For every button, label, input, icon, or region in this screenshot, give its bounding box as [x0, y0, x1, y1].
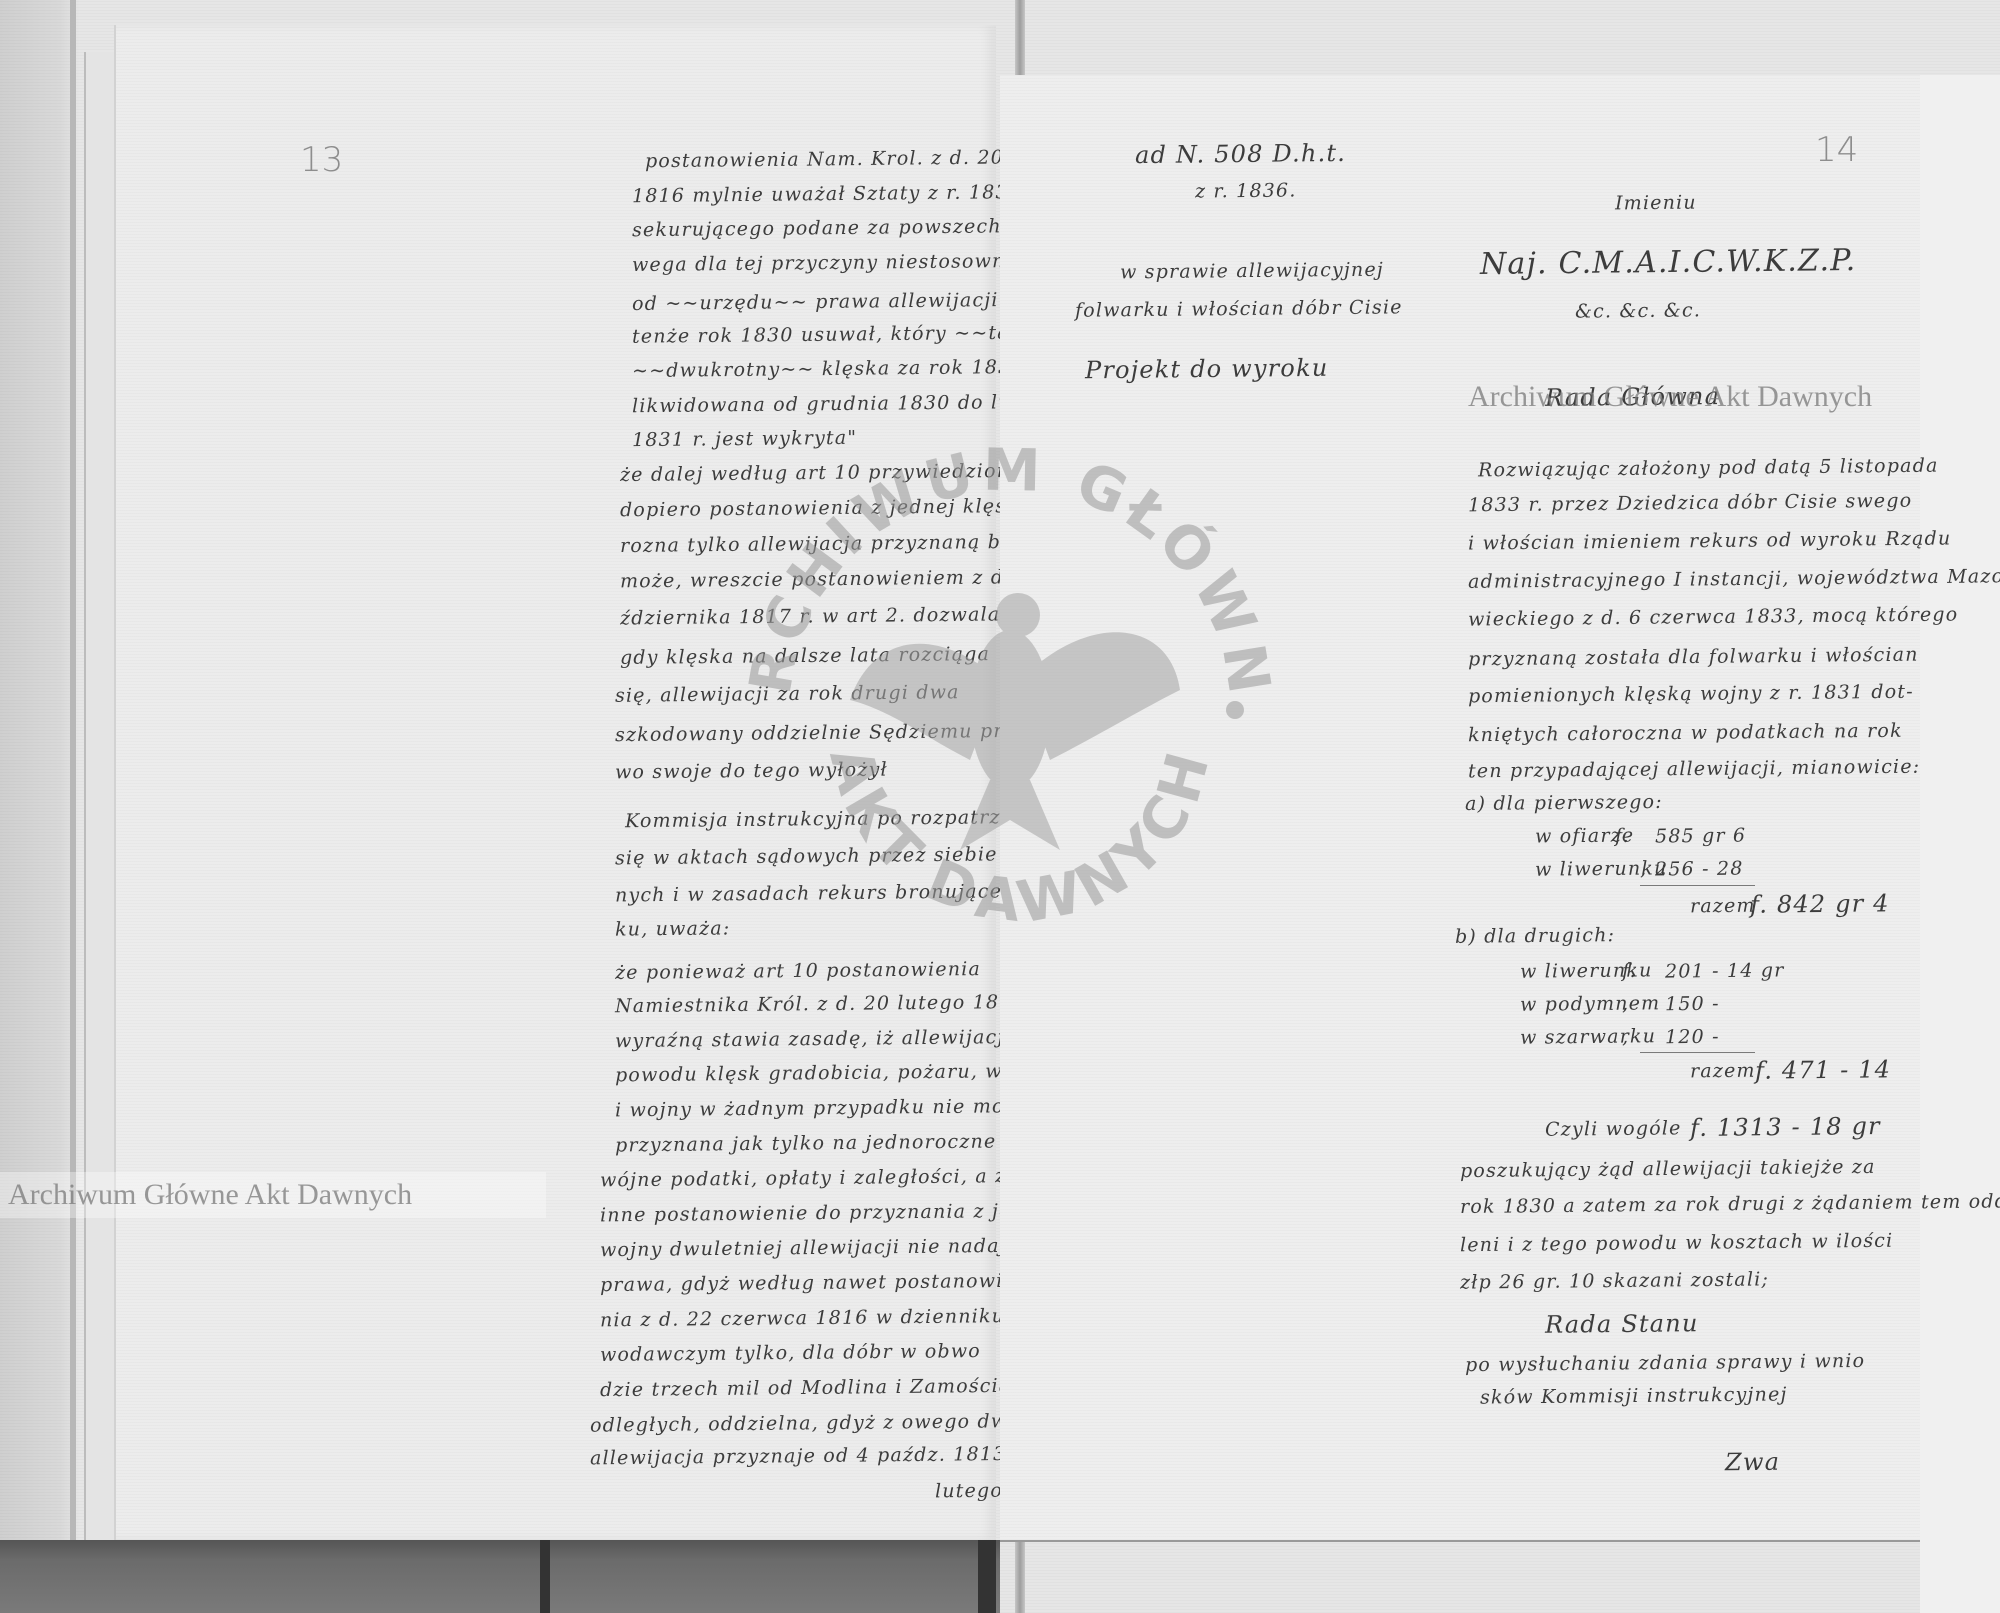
manuscript-line: dopiero postanowienia z jednej klęski je — [620, 495, 1053, 522]
manuscript-line: ku, uważa: — [615, 917, 731, 940]
sum-rule — [1640, 885, 1755, 886]
manuscript-line: przyznaną została dla folwarku i włościa… — [1468, 644, 1919, 671]
manuscript-line: złp 26 gr. 10 skazani zostali; — [1460, 1268, 1769, 1293]
scanner-bed — [0, 1540, 1000, 1613]
manuscript-line: wojny dwuletniej allewijacji nie nadaje — [600, 1235, 1019, 1261]
ledger-amount: 150 - — [1665, 993, 1720, 1016]
manuscript-line: likwidowana od grudnia 1830 do lutego — [632, 391, 1059, 417]
manuscript-line: że ponieważ art 10 postanowienia — [615, 958, 981, 984]
invocation-line: Naj. C.M.A.I.C.W.K.Z.P. — [1480, 243, 1857, 282]
ledger-section-b: b) dla drugich: — [1455, 924, 1615, 948]
right-page — [1000, 75, 1922, 1542]
ledger-total-label: razem — [1690, 1060, 1756, 1083]
draft-label: Projekt do wyroku — [1085, 354, 1329, 385]
archive-watermark-banner: Archiwum Główne Akt Dawnych — [0, 1172, 546, 1218]
manuscript-line: nia z d. 22 czerwca 1816 w dzienniku pra — [600, 1305, 1049, 1332]
ledger-item-label: w liwerunku — [1535, 857, 1668, 880]
council-of-state-label: Rada Stanu — [1545, 1309, 1699, 1339]
scanner-bed-edge — [978, 1540, 996, 1613]
manuscript-line: po wysłuchaniu zdania sprawy i wnio — [1465, 1350, 1865, 1376]
manuscript-line: Kommisja instrukcyjna po rozpatrzeniu — [625, 806, 1047, 832]
manuscript-line: że dalej według art 10 przywiedzion — [620, 460, 1010, 486]
manuscript-line: powodu klęsk gradobicia, pożaru, wylewu — [615, 1060, 1066, 1087]
folio-number-right: 14 — [1815, 130, 1858, 170]
manuscript-line: poszukujący żąd allewijacji takiejże za — [1460, 1156, 1876, 1182]
ledger-total-label: razem — [1690, 895, 1756, 918]
manuscript-line: rozna tylko allewijacja przyznaną by — [620, 531, 1013, 557]
ledger-amount: 585 gr 6 — [1655, 825, 1747, 848]
manuscript-line: wega dla tej przyczyny niestosowne — [632, 250, 1018, 276]
sum-rule — [1640, 1052, 1755, 1053]
ledger-currency: , — [1640, 858, 1647, 880]
manuscript-line: się, allewijacji za rok drugi dwa — [615, 681, 960, 707]
manuscript-line: 1816 mylnie uważał Sztaty z r. 1830 re — [632, 181, 1052, 207]
ledger-currency: , — [1622, 993, 1629, 1015]
manuscript-line: szkodowany oddzielnie Sędziemu pra — [615, 720, 1016, 746]
ledger-currency: , — [1622, 1026, 1629, 1048]
grand-total: f. 1313 - 18 gr — [1690, 1112, 1881, 1142]
case-subject: folwarku i włościan dóbr Cisie — [1075, 296, 1403, 321]
ledger-section-a: a) dla pierwszego: — [1465, 791, 1663, 815]
ledger-total: f. 842 gr 4 — [1750, 889, 1890, 918]
manuscript-line: kniętych całoroczna w podatkach na rok — [1468, 720, 1903, 747]
manuscript-line: dzie trzech mil od Modlina i Zamościa — [600, 1375, 1012, 1401]
ledger-item-label: w szarwarku — [1520, 1025, 1656, 1048]
manuscript-line: sekurującego podane za powszechne ro — [632, 215, 1058, 241]
manuscript-line: się w aktach sądowych przez siebie zebra — [615, 843, 1065, 870]
manuscript-line: Namiestnika Król. z d. 20 lutego 1816 r. — [615, 991, 1049, 1018]
ledger-currency: f. — [1615, 825, 1630, 847]
invocation-line: &c. &c. &c. — [1575, 299, 1701, 322]
ledger-amount: 256 - 28 — [1655, 858, 1744, 881]
catchword: lutego — [935, 1480, 1003, 1503]
manuscript-line: wyraźną stawia zasadę, iż allewijacja z — [615, 1026, 1036, 1052]
ledger-total: f. 471 - 14 — [1755, 1055, 1891, 1084]
ledger-item-label: w podymnem — [1520, 992, 1661, 1015]
manuscript-line: prawa, gdyż według nawet postanowie — [600, 1270, 1016, 1296]
grand-total-label: Czyli wogóle — [1545, 1117, 1682, 1140]
manuscript-line: pomienionych klęską wojny z r. 1831 dot- — [1468, 681, 1914, 708]
case-subject: w sprawie allewijacyjnej — [1120, 259, 1384, 284]
manuscript-line: leni i z tego powodu w kosztach w ilości — [1460, 1230, 1894, 1257]
ledger-currency: f. — [1622, 960, 1637, 982]
scanner-bed-edge — [540, 1540, 550, 1613]
archive-watermark-banner: Archiwum Główne Akt Dawnych — [1460, 374, 1996, 420]
manuscript-line: allewijacja przyznaje od 4 paźdz. 1813 d… — [590, 1443, 1040, 1470]
manuscript-line: wo swoje do tego wyłożył — [615, 759, 888, 784]
folio-number-left: 13 — [300, 140, 343, 180]
manuscript-line: sków Kommisji instrukcyjnej — [1480, 1383, 1788, 1408]
binding-edge — [70, 0, 76, 1560]
signature: Zwa — [1725, 1448, 1780, 1477]
case-number: ad N. 508 D.h.t. — [1135, 139, 1346, 169]
scan-margin-right — [1920, 75, 2000, 1613]
invocation-line: Imieniu — [1615, 192, 1697, 215]
manuscript-line: ~~dwukrotny~~ klęska za rok 1830 — [632, 356, 1025, 382]
manuscript-line: 1833 r. przez Dziedzica dóbr Cisie swego — [1468, 490, 1913, 517]
ledger-amount: 201 - 14 gr — [1665, 959, 1785, 982]
ledger-amount: 120 - — [1665, 1026, 1720, 1049]
manuscript-line: 1831 r. jest wykryta" — [632, 427, 857, 451]
case-year: z r. 1836. — [1195, 179, 1297, 202]
manuscript-line: wodawczym tylko, dla dóbr w obwo — [600, 1340, 981, 1366]
manuscript-line: gdy klęska na dalsze lata rozciąga — [620, 643, 990, 669]
